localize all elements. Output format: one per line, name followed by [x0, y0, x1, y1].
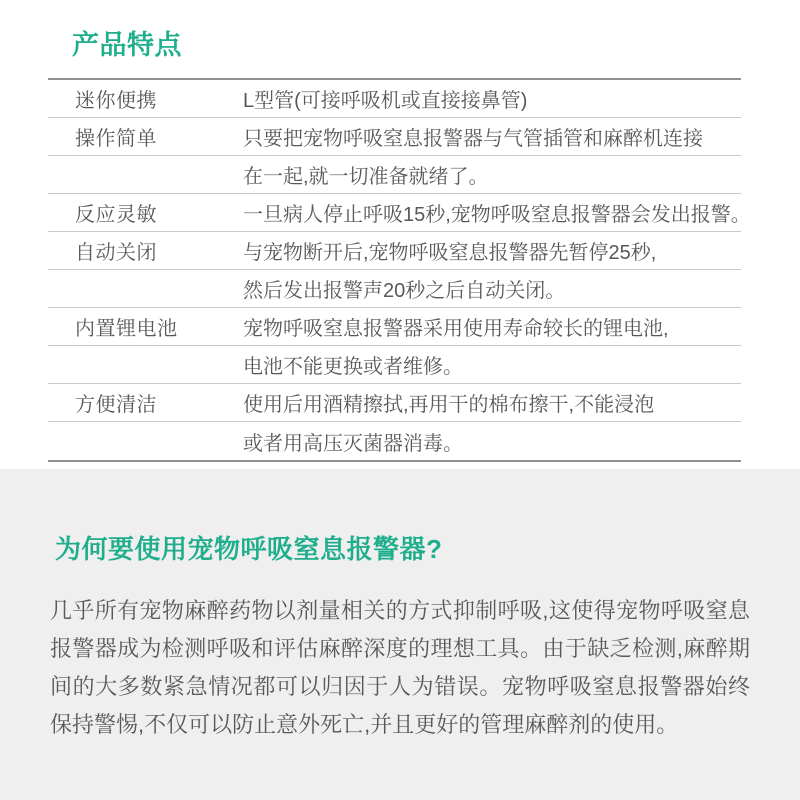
row-text: 一旦病人停止呼吸15秒,宠物呼吸窒息报警器会发出报警。: [243, 198, 751, 227]
table-row: 操作简单 只要把宠物呼吸窒息报警器与气管插管和麻醉机连接: [48, 118, 741, 156]
table-row: 迷你便携 L型管(可接呼吸机或直接接鼻管): [48, 80, 741, 118]
row-label: 反应灵敏: [48, 198, 243, 227]
paragraph-line: 几乎所有宠物麻醉药物以剂量相关的方式抑制呼吸,这使得宠物呼吸窒息: [50, 592, 750, 630]
table-row: 方便清洁 使用后用酒精擦拭,再用干的棉布擦干,不能浸泡: [48, 384, 741, 422]
paragraph-line: 保持警惕,不仅可以防止意外死亡,并且更好的管理麻醉剂的使用。: [50, 706, 750, 744]
row-label: 内置锂电池: [48, 312, 243, 341]
features-title: 产品特点: [72, 30, 182, 60]
why-paragraph: 几乎所有宠物麻醉药物以剂量相关的方式抑制呼吸,这使得宠物呼吸窒息 报警器成为检测…: [50, 592, 750, 744]
table-row: 电池不能更换或者维修。: [48, 346, 741, 384]
table-row: 自动关闭 与宠物断开后,宠物呼吸窒息报警器先暂停25秒,: [48, 232, 741, 270]
row-text: 在一起,就一切准备就绪了。: [243, 160, 741, 189]
paragraph-line: 间的大多数紧急情况都可以归因于人为错误。宠物呼吸窒息报警器始终: [50, 668, 750, 706]
row-text: 然后发出报警声20秒之后自动关闭。: [243, 274, 741, 303]
row-text: L型管(可接呼吸机或直接接鼻管): [243, 84, 741, 113]
row-text: 电池不能更换或者维修。: [243, 350, 741, 379]
features-table: 迷你便携 L型管(可接呼吸机或直接接鼻管) 操作简单 只要把宠物呼吸窒息报警器与…: [48, 78, 741, 462]
row-label: 迷你便携: [48, 84, 243, 113]
row-text: 与宠物断开后,宠物呼吸窒息报警器先暂停25秒,: [243, 236, 741, 265]
table-row: 内置锂电池 宠物呼吸窒息报警器采用使用寿命较长的锂电池,: [48, 308, 741, 346]
row-label: 方便清洁: [48, 388, 243, 417]
row-text: 只要把宠物呼吸窒息报警器与气管插管和麻醉机连接: [243, 122, 741, 151]
table-row: 或者用高压灭菌器消毒。: [48, 422, 741, 460]
table-row: 在一起,就一切准备就绪了。: [48, 156, 741, 194]
row-text: 宠物呼吸窒息报警器采用使用寿命较长的锂电池,: [243, 312, 741, 341]
row-text: 或者用高压灭菌器消毒。: [243, 427, 741, 456]
table-row: 反应灵敏 一旦病人停止呼吸15秒,宠物呼吸窒息报警器会发出报警。: [48, 194, 741, 232]
why-title: 为何要使用宠物呼吸窒息报警器?: [55, 533, 442, 565]
table-row: 然后发出报警声20秒之后自动关闭。: [48, 270, 741, 308]
row-text: 使用后用酒精擦拭,再用干的棉布擦干,不能浸泡: [243, 388, 741, 417]
row-label: 自动关闭: [48, 236, 243, 265]
paragraph-line: 报警器成为检测呼吸和评估麻醉深度的理想工具。由于缺乏检测,麻醉期: [50, 630, 750, 668]
row-label: 操作简单: [48, 122, 243, 151]
